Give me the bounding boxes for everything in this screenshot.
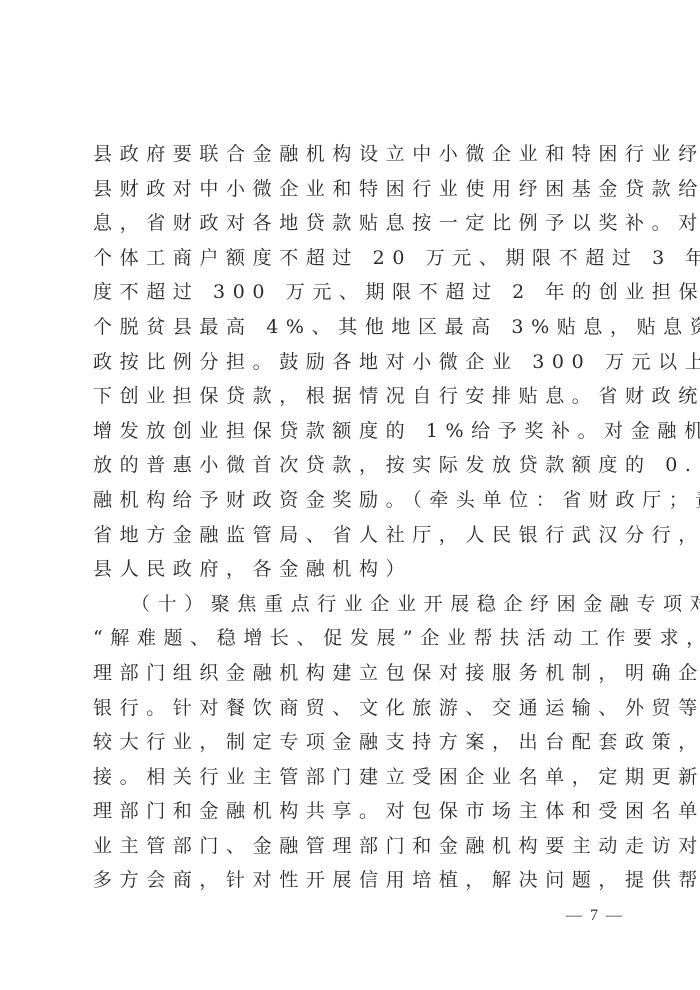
- text-line: 增发放创业担保贷款额度的 1%给予奖补。对金融机构当年新发: [93, 414, 605, 449]
- text-line: 县政府要联合金融机构设立中小微企业和特困行业纾困基金，市: [93, 137, 605, 172]
- text-line: 理部门和金融机构共享。对包保市场主体和受困名单内企业，行: [93, 794, 605, 829]
- text-line: 下创业担保贷款，根据情况自行安排贴息。省财政统筹按各地新: [93, 379, 605, 414]
- text-line: 县财政对中小微企业和特困行业使用纾困基金贷款给予适当贴: [93, 172, 605, 207]
- body-text: 县政府要联合金融机构设立中小微企业和特困行业纾困基金，市 县财政对中小微企业和特…: [93, 137, 613, 898]
- text-line: 多方会商，针对性开展信用培植，解决问题，提供帮扶。（牵头: [93, 863, 605, 898]
- responsibility-line: 省地方金融监管局、省人社厅，人民银行武汉分行，各市、州、: [93, 518, 605, 553]
- text-line: 银行。针对餐饮商贸、文化旅游、交通运输、外贸等受疫情影响: [93, 691, 605, 726]
- responsibility-line: 县人民政府，各金融机构）: [93, 552, 605, 587]
- text-line: 放的普惠小微首次贷款，按实际发放贷款额度的 0.5‰对经办金: [93, 448, 605, 483]
- text-line: 接。相关行业主管部门建立受困企业名单，定期更新并与金融管: [93, 760, 605, 795]
- text-line: “解难题、稳增长、促发展”企业帮扶活动工作要求，由金融管: [93, 621, 605, 656]
- text-line: 度不超过 300 万元、期限不超过 2 年的创业担保贷款，给予 37: [93, 275, 605, 310]
- text-line: 个脱贫县最高 4%、其他地区最高 3%贴息，贴息资金由各级财: [93, 310, 605, 345]
- text-line: 政按比例分担。鼓励各地对小微企业 300 万元以上、500 万元以: [93, 345, 605, 380]
- text-line: 息，省财政对各地贷款贴息按一定比例予以奖补。对符合条件的: [93, 206, 605, 241]
- page-number: — 7 —: [566, 907, 624, 925]
- document-page: 县政府要联合金融机构设立中小微企业和特困行业纾困基金，市 县财政对中小微企业和特…: [0, 0, 700, 990]
- responsibility-line: 融机构给予财政资金奖励。（牵头单位：省财政厅；责任单位：: [93, 483, 605, 518]
- section-heading-line: （十）聚焦重点行业企业开展稳企纾困金融专项对接。按照: [93, 587, 605, 622]
- text-line: 业主管部门、金融管理部门和金融机构要主动走访对接，与企业: [93, 829, 605, 864]
- text-line: 较大行业，制定专项金融支持方案，出台配套政策，开展精准对: [93, 725, 605, 760]
- text-line: 个体工商户额度不超过 20 万元、期限不超过 3 年，小微企业额: [93, 241, 605, 276]
- text-line: 理部门组织金融机构建立包保对接服务机制，明确企业帮扶牵头: [93, 656, 605, 691]
